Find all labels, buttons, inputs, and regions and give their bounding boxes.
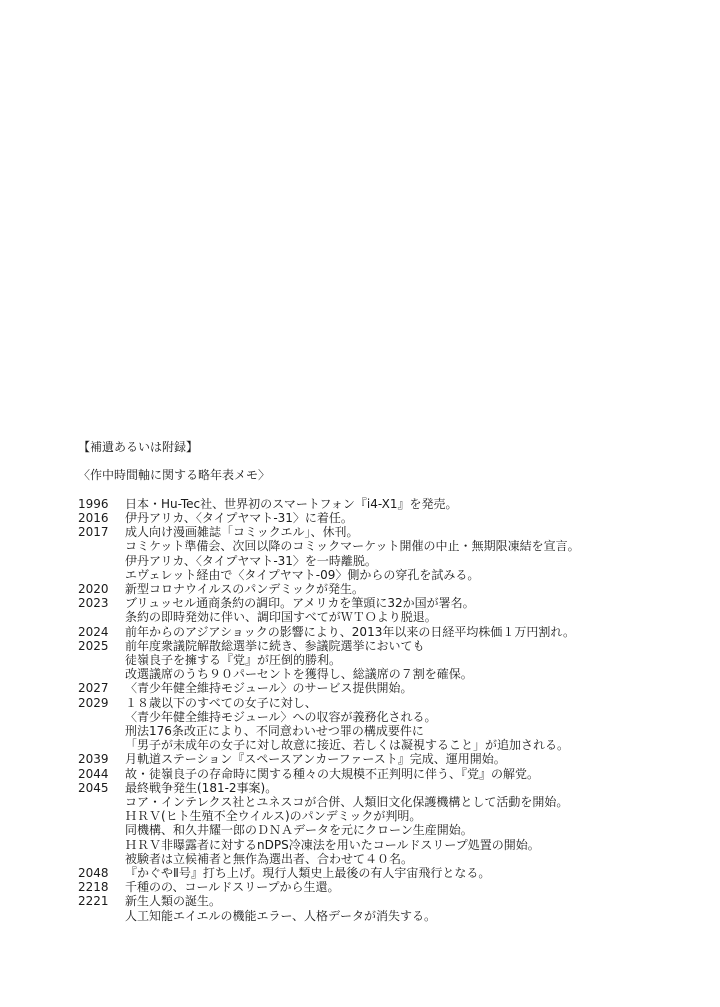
timeline-entry-line: 月軌道ステーション『スペースアンカーファースト』完成、運用開始。 [125, 752, 580, 766]
timeline-entry: 2029１８歳以下のすべての女子に対し、〈青少年健全維持モジュール〉への収容が義… [78, 696, 580, 753]
timeline-entry-line: 「男子が未成年の女子に対し故意に接近、若しくは凝視すること」が追加される。 [125, 738, 580, 752]
timeline-entry-year: 2025 [78, 639, 125, 653]
timeline-entry: 2016伊丹アリカ、〈タイプヤマト-31〉に着任。 [78, 511, 580, 525]
timeline-entry-year: 2045 [78, 781, 125, 795]
timeline-entry-line: 前年度衆議院解散総選挙に続き、参議院選挙においても [125, 639, 580, 653]
timeline-entry: 2017成人向け漫画雑誌「コミックエル」、休刊。コミケット準備会、次回以降のコミ… [78, 525, 580, 582]
timeline-entry-year: 2029 [78, 696, 125, 710]
timeline-entry-line: 日本・Hu-Tec社、世界初のスマートフォン『i4-X1』を発売。 [125, 497, 580, 511]
timeline-entry-lines: 〈青少年健全維持モジュール〉のサービス提供開始。 [125, 681, 580, 695]
timeline-entry-line: 伊丹アリカ、〈タイプヤマト-31〉を一時離脱。 [125, 554, 580, 568]
timeline-entry: 2039月軌道ステーション『スペースアンカーファースト』完成、運用開始。 [78, 752, 580, 766]
timeline-entry-year: 2048 [78, 866, 125, 880]
timeline-entry-lines: １８歳以下のすべての女子に対し、〈青少年健全維持モジュール〉への収容が義務化され… [125, 696, 580, 753]
timeline-entry: 2025前年度衆議院解散総選挙に続き、参議院選挙においても徒嶺良子を擁する『党』… [78, 639, 580, 682]
timeline-entry-lines: 成人向け漫画雑誌「コミックエル」、休刊。コミケット準備会、次回以降のコミックマー… [125, 525, 580, 582]
timeline-entry-line: １８歳以下のすべての女子に対し、 [125, 696, 580, 710]
timeline-entry-lines: ブリュッセル通商条約の調印。アメリカを筆頭に32か国が署名。条約の即時発効に伴い… [125, 596, 580, 624]
timeline-entry-lines: 前年からのアジアショックの影響により、2013年以来の日経平均株価１万円割れ。 [125, 625, 580, 639]
timeline-entry-line: 故・徒嶺良子の存命時に関する種々の大規模不正判明に伴う、『党』の解党。 [125, 767, 580, 781]
timeline-entry-line: 伊丹アリカ、〈タイプヤマト-31〉に着任。 [125, 511, 580, 525]
timeline-entry-year: 2027 [78, 681, 125, 695]
timeline-entry-line: 人工知能エイエルの機能エラー、人格データが消失する。 [125, 909, 580, 923]
timeline-entry-line: 千種のの、コールドスリープから生還。 [125, 880, 580, 894]
timeline-entry-lines: 前年度衆議院解散総選挙に続き、参議院選挙においても徒嶺良子を擁する『党』が圧倒的… [125, 639, 580, 682]
timeline-entry-year: 2017 [78, 525, 125, 539]
timeline-entry-line: 被験者は立候補者と無作為選出者、合わせて４０名。 [125, 852, 580, 866]
timeline-entry-lines: 日本・Hu-Tec社、世界初のスマートフォン『i4-X1』を発売。 [125, 497, 580, 511]
timeline-entry-year: 2020 [78, 582, 125, 596]
timeline-entry-lines: 伊丹アリカ、〈タイプヤマト-31〉に着任。 [125, 511, 580, 525]
timeline-entry-lines: 新生人類の誕生。人工知能エイエルの機能エラー、人格データが消失する。 [125, 894, 580, 922]
document-page: 【補遺あるいは附録】 〈作中時間軸に関する略年表メモ〉 1996日本・Hu-Te… [0, 0, 720, 1007]
timeline-entry-lines: 『かぐやⅡ号』打ち上げ。現行人類史上最後の有人宇宙飛行となる。 [125, 866, 580, 880]
timeline-entry: 2024前年からのアジアショックの影響により、2013年以来の日経平均株価１万円… [78, 625, 580, 639]
timeline-entry: 2221新生人類の誕生。人工知能エイエルの機能エラー、人格データが消失する。 [78, 894, 580, 922]
timeline-entry-line: コア・インテレクス社とユネスコが合併、人類旧文化保護機構として活動を開始。 [125, 795, 580, 809]
timeline-entry-line: 〈青少年健全維持モジュール〉への収容が義務化される。 [125, 710, 580, 724]
timeline-entry: 1996日本・Hu-Tec社、世界初のスマートフォン『i4-X1』を発売。 [78, 497, 580, 511]
timeline-entry: 2020新型コロナウイルスのパンデミックが発生。 [78, 582, 580, 596]
chronology-timeline-list: 1996日本・Hu-Tec社、世界初のスマートフォン『i4-X1』を発売。201… [78, 497, 580, 923]
timeline-entry-line: 刑法176条改正により、不同意わいせつ罪の構成要件に [125, 724, 580, 738]
timeline-entry-line: 改選議席のうち９０パーセントを獲得し、総議席の７割を確保。 [125, 667, 580, 681]
timeline-entry-line: 新型コロナウイルスのパンデミックが発生。 [125, 582, 580, 596]
timeline-entry-lines: 月軌道ステーション『スペースアンカーファースト』完成、運用開始。 [125, 752, 580, 766]
timeline-entry: 2044故・徒嶺良子の存命時に関する種々の大規模不正判明に伴う、『党』の解党。 [78, 767, 580, 781]
timeline-entry-lines: 新型コロナウイルスのパンデミックが発生。 [125, 582, 580, 596]
timeline-entry-year: 2023 [78, 596, 125, 610]
timeline-entry-line: 徒嶺良子を擁する『党』が圧倒的勝利。 [125, 653, 580, 667]
timeline-entry-lines: 故・徒嶺良子の存命時に関する種々の大規模不正判明に伴う、『党』の解党。 [125, 767, 580, 781]
timeline-entry: 2023ブリュッセル通商条約の調印。アメリカを筆頭に32か国が署名。条約の即時発… [78, 596, 580, 624]
chronology-subtitle: 〈作中時間軸に関する略年表メモ〉 [78, 468, 580, 482]
appendix-section: 【補遺あるいは附録】 〈作中時間軸に関する略年表メモ〉 1996日本・Hu-Te… [78, 440, 580, 923]
timeline-entry-line: 最終戦争発生(181-2事案)。 [125, 781, 580, 795]
timeline-entry-line: ブリュッセル通商条約の調印。アメリカを筆頭に32か国が署名。 [125, 596, 580, 610]
timeline-entry-line: エヴェレット経由で〈タイプヤマト-09〉側からの穿孔を試みる。 [125, 568, 580, 582]
timeline-entry-line: 『かぐやⅡ号』打ち上げ。現行人類史上最後の有人宇宙飛行となる。 [125, 866, 580, 880]
timeline-entry-year: 2044 [78, 767, 125, 781]
timeline-entry-line: 〈青少年健全維持モジュール〉のサービス提供開始。 [125, 681, 580, 695]
appendix-title: 【補遺あるいは附録】 [78, 440, 580, 454]
timeline-entry-year: 1996 [78, 497, 125, 511]
timeline-entry-line: コミケット準備会、次回以降のコミックマーケット開催の中止・無期限凍結を宣言。 [125, 539, 580, 553]
timeline-entry: 2027〈青少年健全維持モジュール〉のサービス提供開始。 [78, 681, 580, 695]
timeline-entry: 2218千種のの、コールドスリープから生還。 [78, 880, 580, 894]
timeline-entry-line: 成人向け漫画雑誌「コミックエル」、休刊。 [125, 525, 580, 539]
timeline-entry-line: 新生人類の誕生。 [125, 894, 580, 908]
timeline-entry-year: 2218 [78, 880, 125, 894]
timeline-entry-line: ＨＲＶ非曝露者に対するnDPS冷凍法を用いたコールドスリープ処置の開始。 [125, 838, 580, 852]
timeline-entry-year: 2039 [78, 752, 125, 766]
timeline-entry-year: 2024 [78, 625, 125, 639]
timeline-entry-lines: 千種のの、コールドスリープから生還。 [125, 880, 580, 894]
timeline-entry-year: 2221 [78, 894, 125, 908]
timeline-entry-line: ＨＲＶ(ヒト生殖不全ウイルス)のパンデミックが判明。 [125, 809, 580, 823]
timeline-entry-line: 条約の即時発効に伴い、調印国すべてがＷＴＯより脱退。 [125, 610, 580, 624]
timeline-entry: 2045最終戦争発生(181-2事案)。コア・インテレクス社とユネスコが合併、人… [78, 781, 580, 866]
timeline-entry-line: 前年からのアジアショックの影響により、2013年以来の日経平均株価１万円割れ。 [125, 625, 580, 639]
timeline-entry-lines: 最終戦争発生(181-2事案)。コア・インテレクス社とユネスコが合併、人類旧文化… [125, 781, 580, 866]
timeline-entry: 2048『かぐやⅡ号』打ち上げ。現行人類史上最後の有人宇宙飛行となる。 [78, 866, 580, 880]
timeline-entry-year: 2016 [78, 511, 125, 525]
timeline-entry-line: 同機構、和久井耀一郎のＤＮＡデータを元にクローン生産開始。 [125, 823, 580, 837]
